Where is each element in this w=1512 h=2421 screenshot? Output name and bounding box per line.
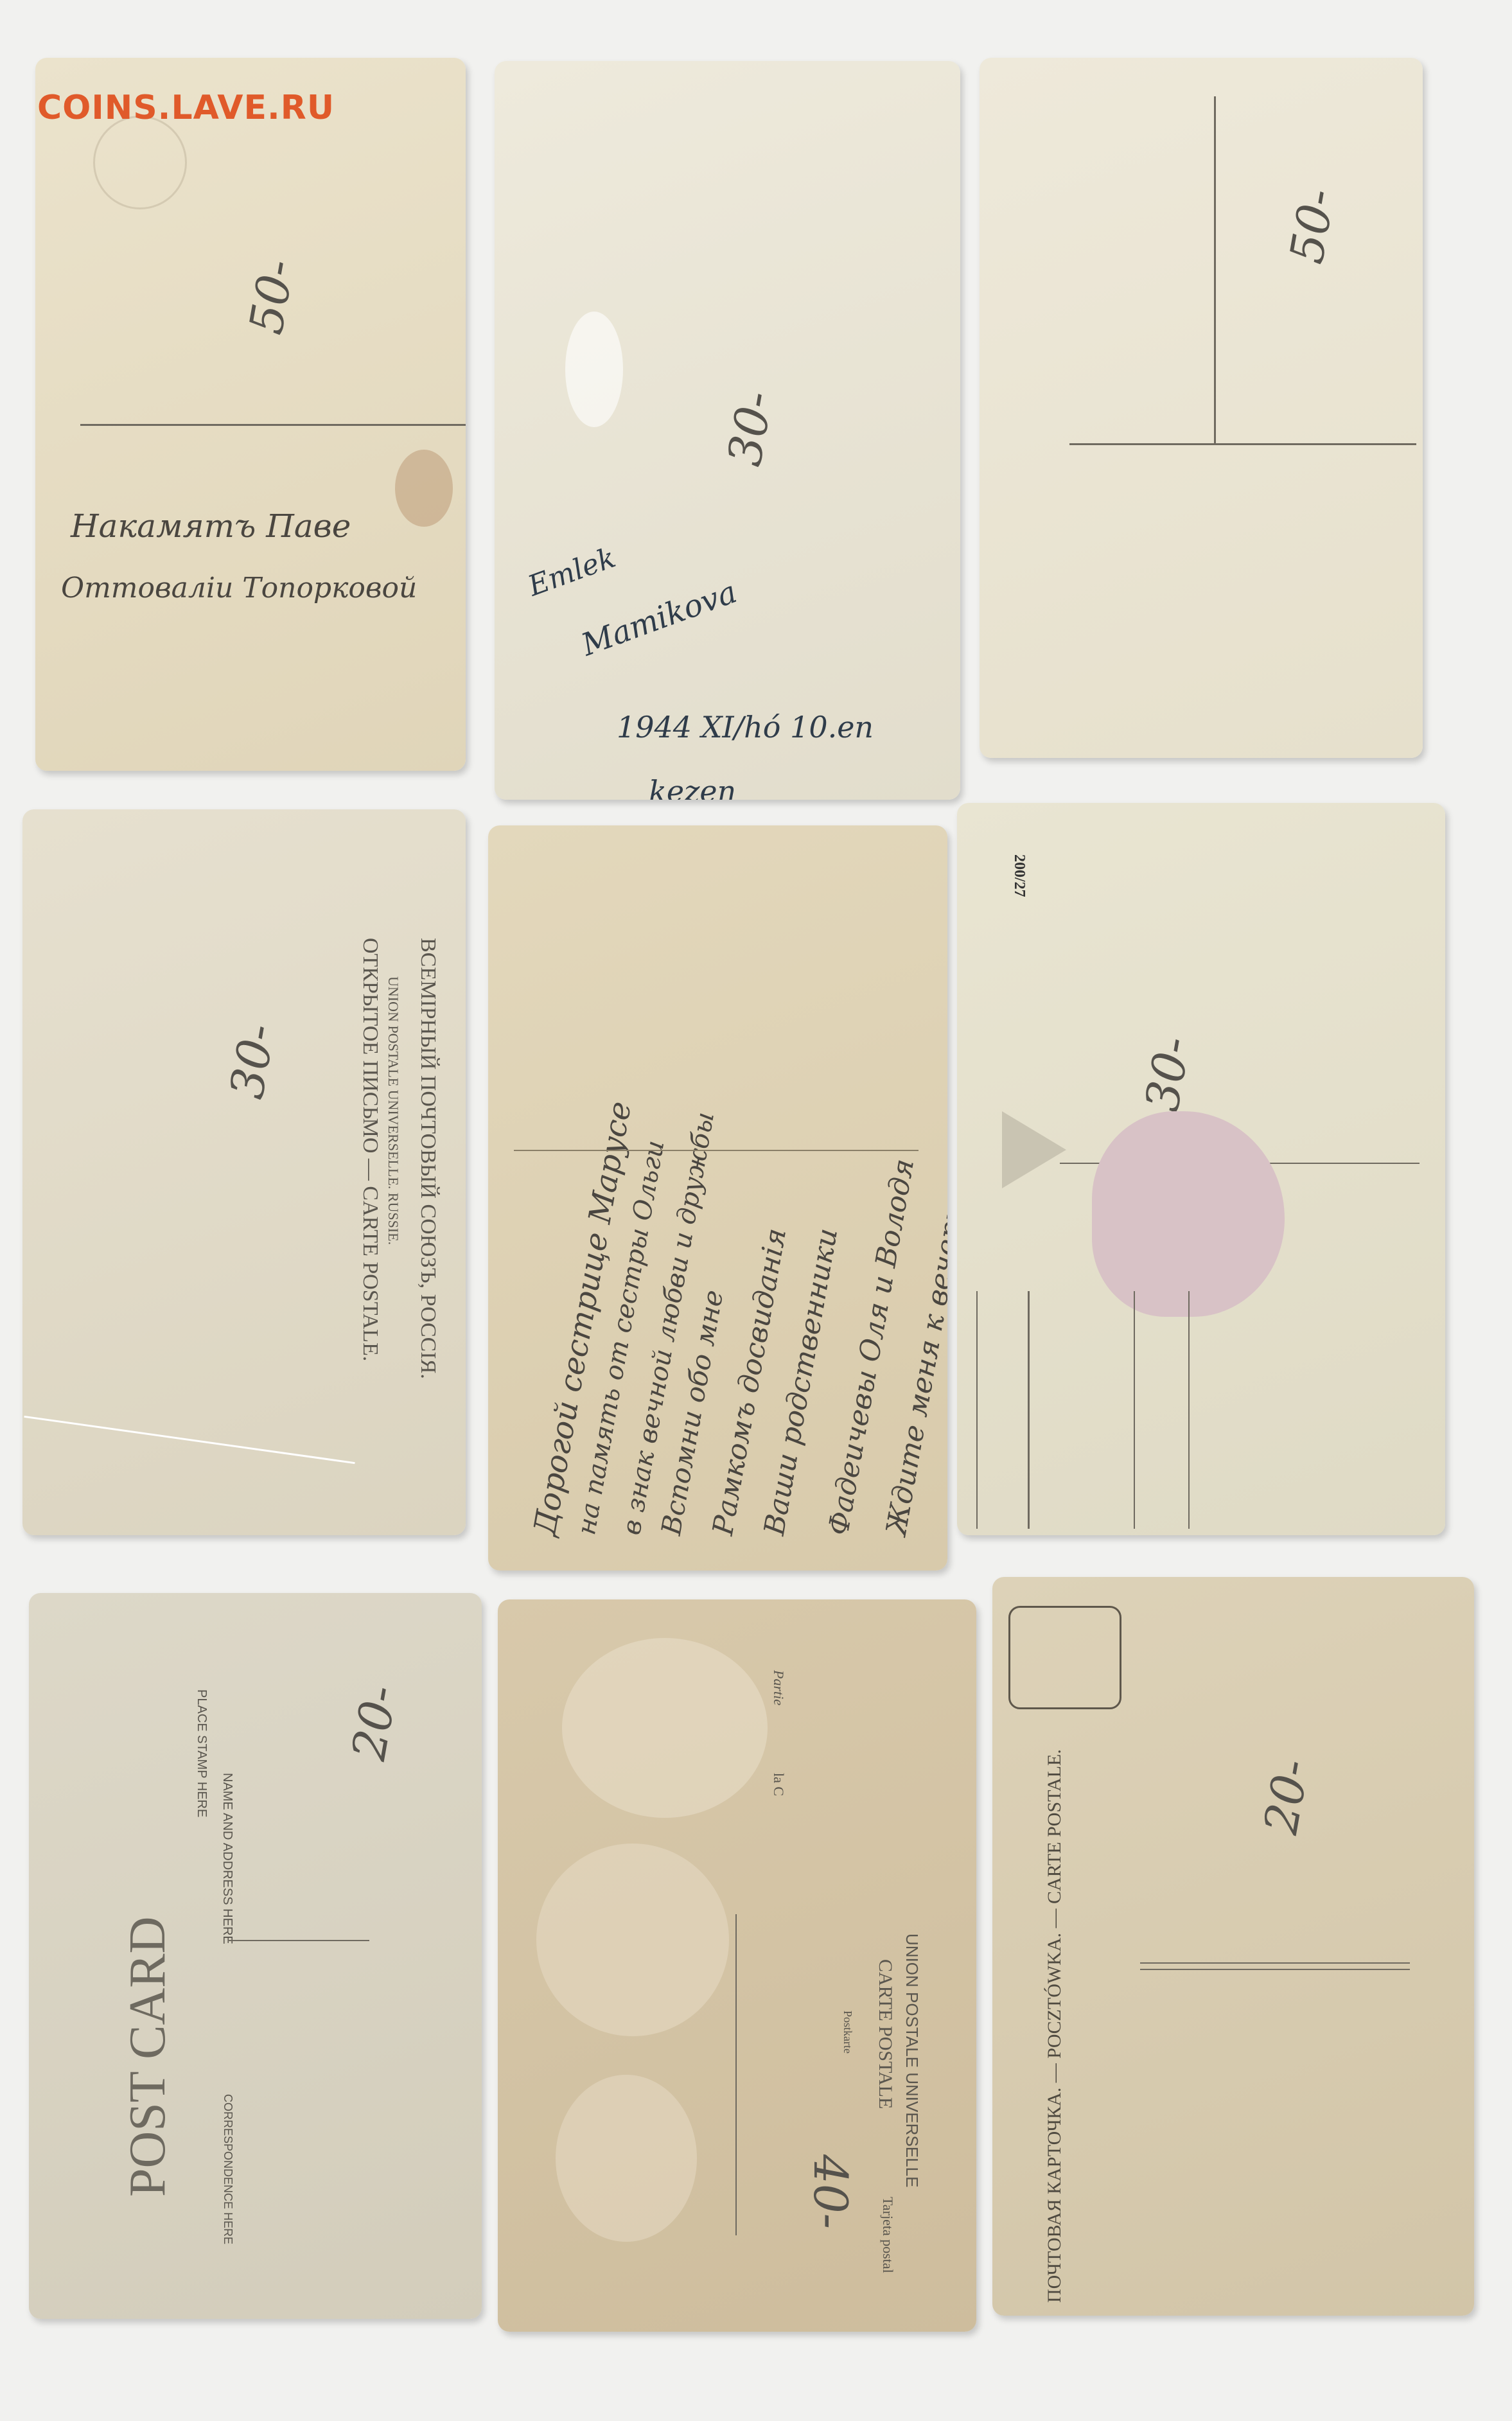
postcard-5: Дорогой сестрице Марусе на память от сес…	[488, 825, 947, 1571]
price-mark: 50-	[1279, 185, 1346, 268]
paper-damage	[565, 312, 623, 427]
postcard-1: 50- Накамятъ Паве Оттоваліи Топорковой	[35, 58, 466, 771]
address-line	[735, 1914, 737, 2235]
address-line-1	[1140, 1962, 1410, 1964]
divider-line	[514, 1150, 919, 1151]
postcard-9: ПОЧТОВАЯ КАРТОЧКА. — POCZTÓWKA. — CARTE …	[992, 1577, 1474, 2316]
inscription-line-4: kezen	[649, 774, 736, 800]
printed-postkarte: Postkarte	[841, 2011, 854, 2054]
price-mark: 50-	[239, 256, 305, 339]
inscription-date: 1944 XI/hó 10.en	[617, 710, 874, 744]
price-mark: 20-	[342, 1682, 408, 1765]
printed-header-2: UNION POSTALE UNIVERSELLE. RUSSIE.	[385, 976, 401, 1245]
paper-damage-1	[562, 1638, 768, 1818]
address-line	[1069, 443, 1416, 445]
printed-carte-postale: CARTE POSTALE	[874, 1959, 896, 2109]
stamp-impression	[93, 116, 187, 209]
divider-line-2	[1028, 1291, 1030, 1529]
correspondence-label: CORRESPONDENCE HERE	[221, 2094, 234, 2244]
price-mark: 20-	[1254, 1756, 1320, 1838]
address-label: NAME AND ADDRESS HERE	[220, 1773, 234, 1944]
printed-header-1: ВСЕМІРНЫЙ ПОЧТОВЫЙ СОЮЗЪ, РОССІЯ.	[416, 938, 440, 1379]
divider-line-4	[1188, 1291, 1190, 1529]
paper-damage-stain	[1092, 1111, 1285, 1317]
price-mark: 30-	[220, 1020, 286, 1103]
post-card-title: POST CARD	[119, 1917, 177, 2197]
watermark: COINS.LAVE.RU	[37, 89, 335, 127]
printed-la-c: la C	[770, 1773, 787, 1796]
inscription-line-1: Emlek	[524, 541, 620, 603]
rust-stain	[395, 450, 453, 527]
printed-tarjeta: Tarjeta postal	[879, 2197, 896, 2273]
paper-damage-3	[556, 2075, 697, 2242]
divider-line-3	[1134, 1291, 1135, 1529]
divider-line-1	[976, 1291, 978, 1529]
divider-line	[228, 1940, 369, 1941]
printed-partie: Partie	[770, 1670, 787, 1705]
postcard-8: Partie la C UNION POSTALE UNIVERSELLE CA…	[498, 1599, 976, 2332]
publisher-logo-icon	[1008, 1606, 1121, 1709]
reform-logo-icon	[1002, 1111, 1066, 1188]
price-mark: 30-	[1135, 1033, 1201, 1116]
address-line-2	[1140, 1969, 1410, 1970]
printed-union: UNION POSTALE UNIVERSELLE	[902, 1933, 922, 2187]
inscription-line-2: Оттоваліи Топорковой	[61, 572, 417, 604]
paper-damage-2	[536, 1844, 729, 2036]
printed-title: ПОЧТОВАЯ КАРТОЧКА. — POCZTÓWKA. — CARTE …	[1044, 1749, 1066, 2303]
postcard-7: POST CARD PLACE STAMP HERE NAME AND ADDR…	[29, 1593, 482, 2319]
postcard-3: 50-	[980, 58, 1423, 758]
price-mark: 30-	[717, 387, 784, 470]
inscription-line-1: Накамятъ Паве	[71, 507, 351, 545]
postcard-2: 30- Emlek Mamikova 1944 XI/hó 10.en keze…	[495, 61, 960, 800]
postcard-6: 200/27 30-	[957, 803, 1445, 1535]
divider-line	[1214, 96, 1216, 443]
price-mark: 40-	[804, 2154, 857, 2229]
stamp-box-text: PLACE STAMP HERE	[194, 1689, 209, 1817]
crease	[24, 1416, 355, 1464]
printed-header-3: ОТКРЫТОЕ ПИСЬМО — CARTE POSTALE.	[358, 938, 382, 1361]
inscription-line-2: Mamikova	[577, 574, 741, 664]
postcard-4: 30- ВСЕМІРНЫЙ ПОЧТОВЫЙ СОЮЗЪ, РОССІЯ. UN…	[22, 809, 466, 1535]
address-line	[80, 424, 466, 426]
catalog-number: 200/27	[1010, 854, 1028, 897]
